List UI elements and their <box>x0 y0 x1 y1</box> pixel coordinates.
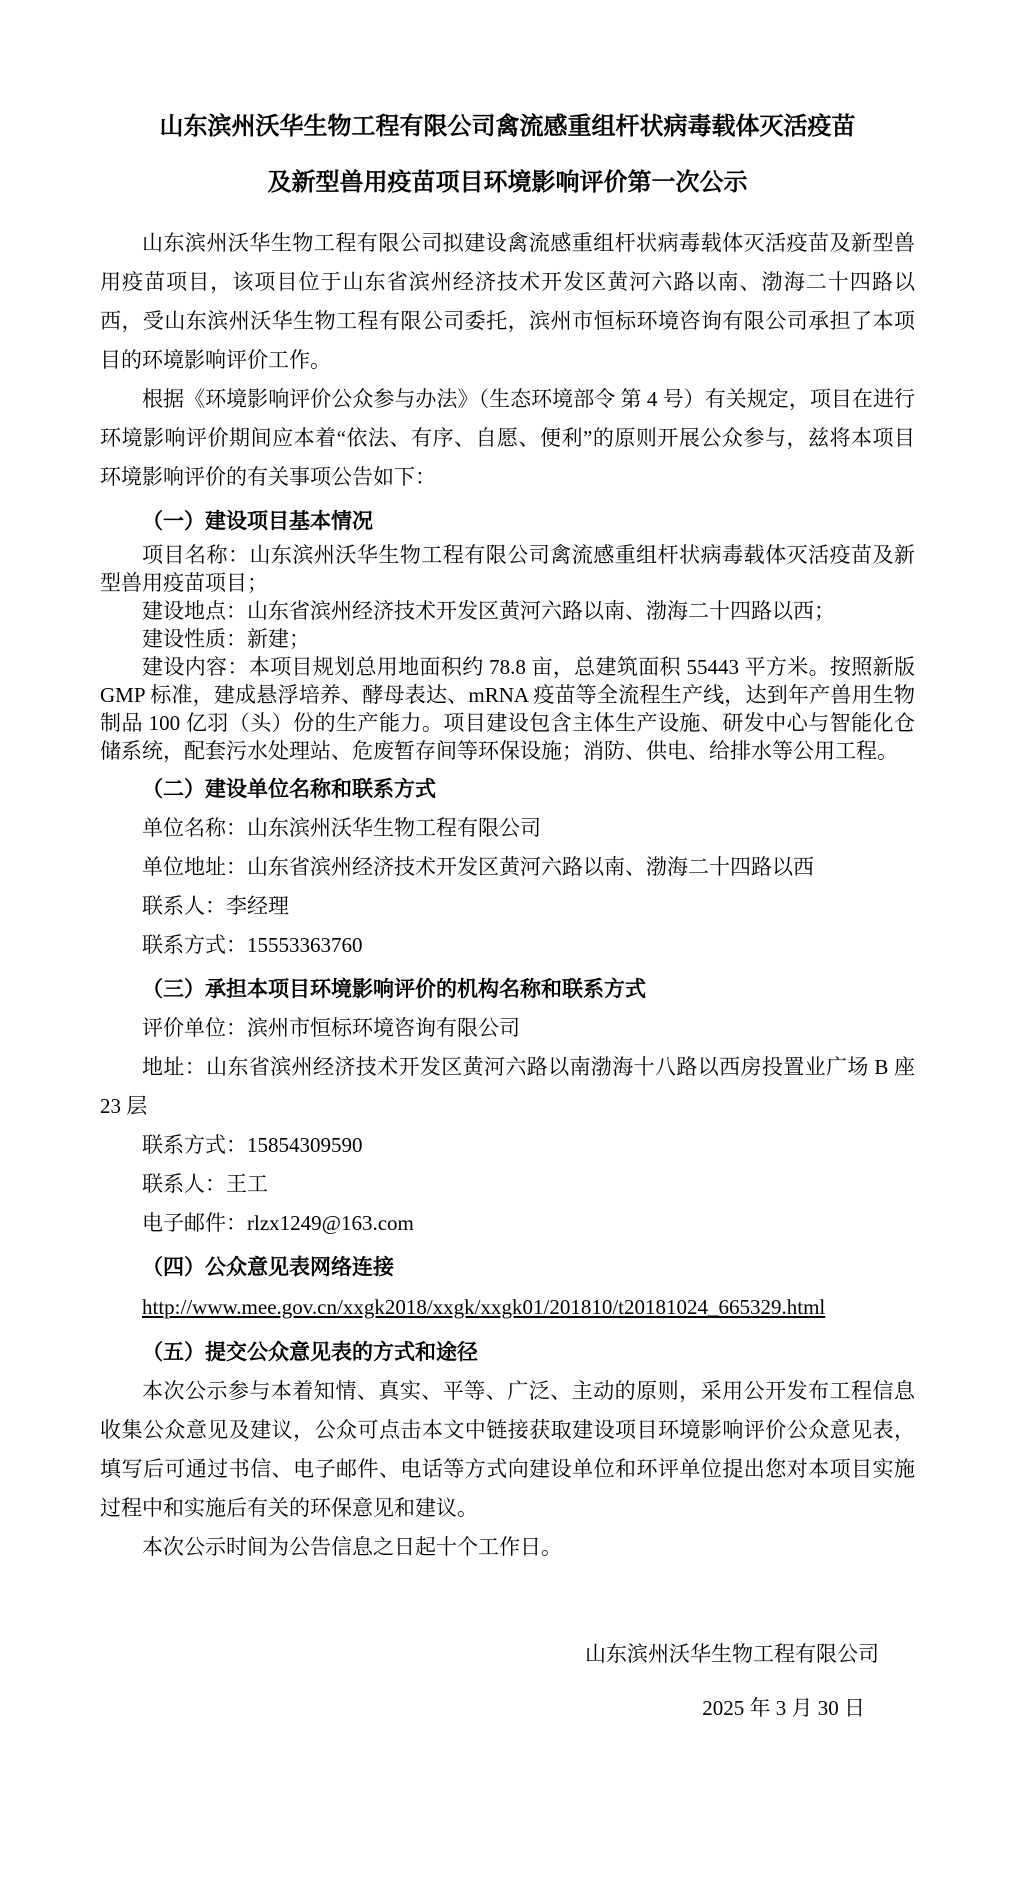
section3-address-row: 地址：山东省滨州经济技术开发区黄河六路以南渤海十八路以西房投置业广场 B 座 2… <box>100 1048 915 1126</box>
section5-paragraph-2: 本次公示时间为公告信息之日起十个工作日。 <box>100 1528 915 1567</box>
section3-eval-unit-row: 评价单位：滨州市恒标环境咨询有限公司 <box>100 1009 915 1048</box>
public-comment-link-row: http://www.mee.gov.cn/xxgk2018/xxgk/xxgk… <box>100 1287 915 1328</box>
section4-heading: （四）公众意见表网络连接 <box>100 1252 915 1282</box>
eval-address-value: 山东省滨州经济技术开发区黄河六路以南渤海十八路以西房投置业广场 B 座 23 层 <box>100 1055 915 1118</box>
section2-heading: （二）建设单位名称和联系方式 <box>100 774 915 804</box>
contact-person-value: 李经理 <box>226 894 289 918</box>
contact-person-label: 联系人： <box>142 894 226 918</box>
section5-heading: （五）提交公众意见表的方式和途径 <box>100 1337 915 1367</box>
phone-value: 15553363760 <box>247 933 363 957</box>
section3-email-row: 电子邮件：rlzx1249@163.com <box>100 1204 915 1243</box>
eval-contact-label: 联系人： <box>142 1172 226 1196</box>
signature-block: 山东滨州沃华生物工程有限公司 2025 年 3 月 30 日 <box>100 1639 915 1723</box>
section1-nature-row: 建设性质：新建； <box>100 625 915 653</box>
project-name-label: 项目名称： <box>142 543 249 567</box>
section1-project-name-row: 项目名称：山东滨州沃华生物工程有限公司禽流感重组杆状病毒载体灭活疫苗及新型兽用疫… <box>100 541 915 597</box>
section1-location-row: 建设地点：山东省滨州经济技术开发区黄河六路以南、渤海二十四路以西； <box>100 597 915 625</box>
section2-phone-row: 联系方式：15553363760 <box>100 926 915 965</box>
eval-phone-label: 联系方式： <box>142 1133 247 1157</box>
eval-unit-value: 滨州市恒标环境咨询有限公司 <box>247 1016 520 1040</box>
signature-company: 山东滨州沃华生物工程有限公司 <box>100 1639 879 1669</box>
document-page: 山东滨州沃华生物工程有限公司禽流感重组杆状病毒载体灭活疫苗 及新型兽用疫苗项目环… <box>0 0 1014 1883</box>
section1-content-row: 建设内容：本项目规划总用地面积约 78.8 亩，总建筑面积 55443 平方米。… <box>100 653 915 765</box>
document-title: 山东滨州沃华生物工程有限公司禽流感重组杆状病毒载体灭活疫苗 及新型兽用疫苗项目环… <box>100 112 915 198</box>
location-label: 建设地点： <box>142 599 247 623</box>
email-value: rlzx1249@163.com <box>247 1211 414 1235</box>
eval-address-label: 地址： <box>142 1055 206 1079</box>
section2-unit-address-row: 单位地址：山东省滨州经济技术开发区黄河六路以南、渤海二十四路以西 <box>100 848 915 887</box>
content-label: 建设内容： <box>142 655 249 679</box>
email-label: 电子邮件： <box>142 1211 247 1235</box>
eval-unit-label: 评价单位： <box>142 1016 247 1040</box>
title-line-1: 山东滨州沃华生物工程有限公司禽流感重组杆状病毒载体灭活疫苗 <box>100 112 915 142</box>
unit-name-value: 山东滨州沃华生物工程有限公司 <box>247 816 541 840</box>
nature-label: 建设性质： <box>142 627 247 651</box>
phone-label: 联系方式： <box>142 933 247 957</box>
intro-paragraph-1: 山东滨州沃华生物工程有限公司拟建设禽流感重组杆状病毒载体灭活疫苗及新型兽用疫苗项… <box>100 224 915 380</box>
location-value: 山东省滨州经济技术开发区黄河六路以南、渤海二十四路以西； <box>247 599 835 623</box>
section3-heading: （三）承担本项目环境影响评价的机构名称和联系方式 <box>100 974 915 1004</box>
section5-paragraph-1: 本次公示参与本着知情、真实、平等、广泛、主动的原则，采用公开发布工程信息收集公众… <box>100 1372 915 1528</box>
intro-paragraph-2: 根据《环境影响评价公众参与办法》（生态环境部令 第 4 号）有关规定，项目在进行… <box>100 380 915 497</box>
unit-address-label: 单位地址： <box>142 855 247 879</box>
signature-date: 2025 年 3 月 30 日 <box>100 1693 879 1723</box>
eval-phone-value: 15854309590 <box>247 1133 363 1157</box>
section2-unit-name-row: 单位名称：山东滨州沃华生物工程有限公司 <box>100 809 915 848</box>
section1-heading: （一）建设项目基本情况 <box>100 506 915 536</box>
unit-address-value: 山东省滨州经济技术开发区黄河六路以南、渤海二十四路以西 <box>247 855 814 879</box>
eval-contact-value: 王工 <box>226 1172 268 1196</box>
public-comment-form-link[interactable]: http://www.mee.gov.cn/xxgk2018/xxgk/xxgk… <box>142 1295 825 1319</box>
title-line-2: 及新型兽用疫苗项目环境影响评价第一次公示 <box>100 168 915 198</box>
section3-phone-row: 联系方式：15854309590 <box>100 1126 915 1165</box>
section2-contact-row: 联系人：李经理 <box>100 887 915 926</box>
section3-contact-row: 联系人：王工 <box>100 1165 915 1204</box>
unit-name-label: 单位名称： <box>142 816 247 840</box>
nature-value: 新建； <box>247 627 310 651</box>
